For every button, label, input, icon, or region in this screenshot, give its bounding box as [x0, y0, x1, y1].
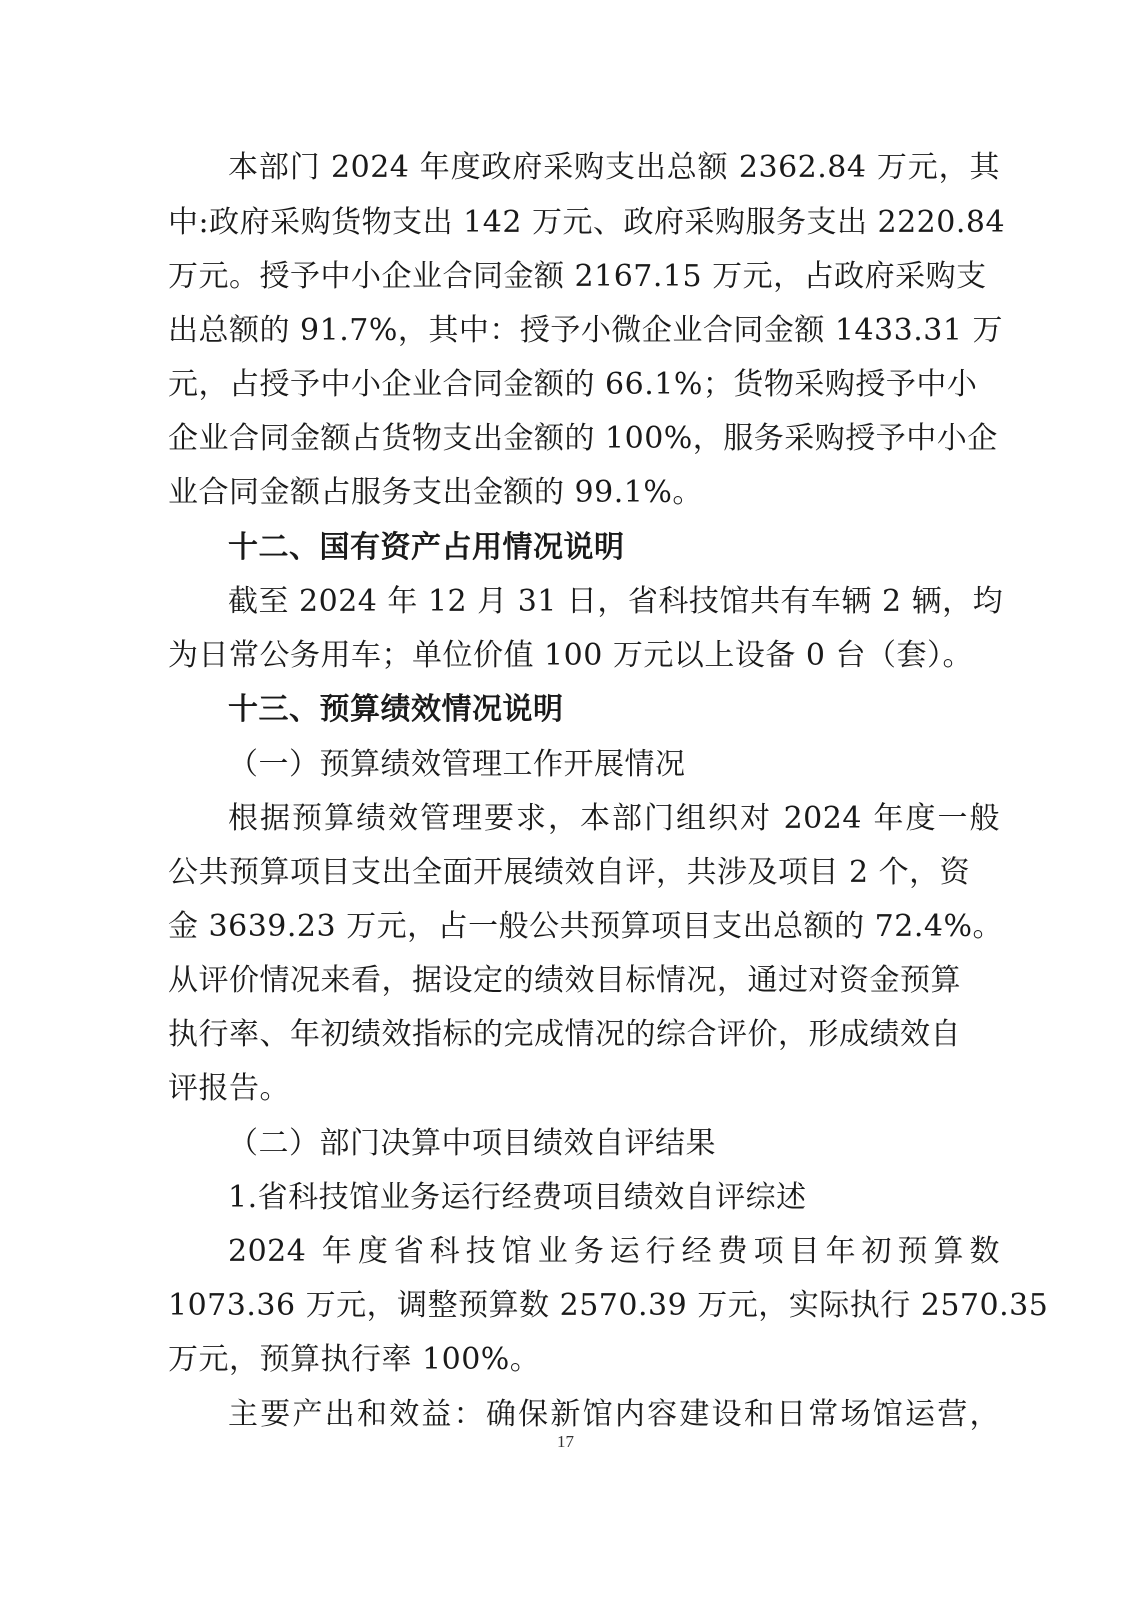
section-heading-12: 十二、国有资产占用情况说明 [228, 528, 1000, 568]
paragraph-line: 业合同金额占服务支出金额的 99.1%。 [168, 473, 940, 513]
paragraph-line: 本部门 2024 年度政府采购支出总额 2362.84 万元，其 [228, 148, 1000, 188]
paragraph-line: 金 3639.23 万元，占一般公共预算项目支出总额的 72.4%。 [168, 907, 940, 947]
paragraph-line: 从评价情况来看，据设定的绩效目标情况，通过对资金预算 [168, 961, 940, 1001]
paragraph-line: 评报告。 [168, 1069, 940, 1109]
paragraph-line: 主要产出和效益：确保新馆内容建设和日常场馆运营， [228, 1395, 1000, 1435]
paragraph-line: 中:政府采购货物支出 142 万元、政府采购服务支出 2220.84 [168, 203, 940, 243]
paragraph-line: 万元，预算执行率 100%。 [168, 1340, 940, 1380]
paragraph-line: 执行率、年初绩效指标的完成情况的综合评价，形成绩效自 [168, 1015, 940, 1055]
paragraph-line: 万元。授予中小企业合同金额 2167.15 万元，占政府采购支 [168, 257, 940, 297]
paragraph-line: 截至 2024 年 12 月 31 日，省科技馆共有车辆 2 辆，均 [228, 582, 1000, 622]
paragraph-line: 公共预算项目支出全面开展绩效自评，共涉及项目 2 个，资 [168, 853, 940, 893]
paragraph-line: 根据预算绩效管理要求，本部门组织对 2024 年度一般 [228, 799, 1000, 839]
section-heading-13: 十三、预算绩效情况说明 [228, 690, 1000, 730]
paragraph-line: 企业合同金额占货物支出金额的 100%，服务采购授予中小企 [168, 419, 940, 459]
paragraph-line: 为日常公务用车；单位价值 100 万元以上设备 0 台（套）。 [168, 636, 940, 676]
item-heading-1: 1.省科技馆业务运行经费项目绩效自评综述 [228, 1178, 1000, 1218]
subsection-heading-2: （二）部门决算中项目绩效自评结果 [228, 1124, 1000, 1164]
page-number: 17 [0, 1432, 1131, 1452]
paragraph-line: 元，占授予中小企业合同金额的 66.1%；货物采购授予中小 [168, 365, 940, 405]
paragraph-line: 2024 年度省科技馆业务运行经费项目年初预算数 [228, 1232, 1000, 1272]
paragraph-line: 出总额的 91.7%，其中：授予小微企业合同金额 1433.31 万 [168, 311, 940, 351]
paragraph-line: 1073.36 万元，调整预算数 2570.39 万元，实际执行 2570.35 [168, 1286, 940, 1326]
subsection-heading-1: （一）预算绩效管理工作开展情况 [228, 745, 1000, 785]
document-page: 本部门 2024 年度政府采购支出总额 2362.84 万元，其 中:政府采购货… [0, 0, 1131, 1600]
